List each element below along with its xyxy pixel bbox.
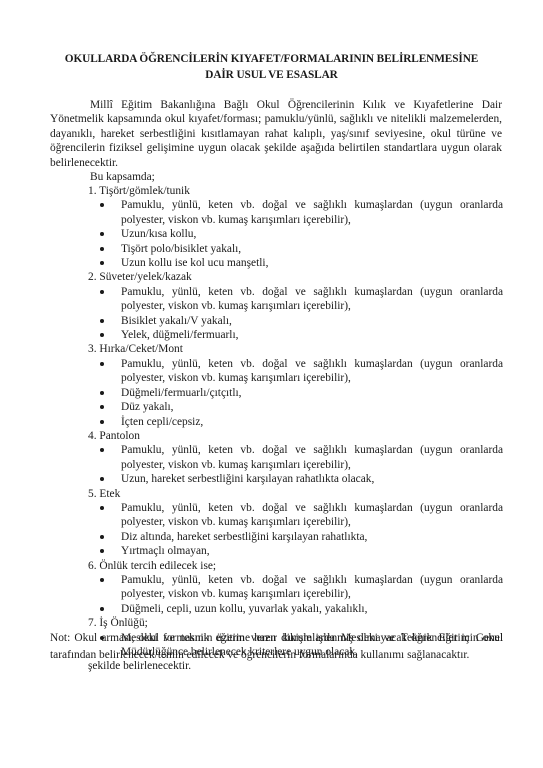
section-heading: 6. Önlük tercih edilecek ise; [88, 559, 503, 573]
list-item: Düğmeli/fermuarlı/çıtçıtlı, [121, 386, 503, 400]
list-item: Uzun, hareket serbestliğini karşılayan r… [121, 472, 503, 486]
section: 2. Süveter/yelek/kazakPamuklu, yünlü, ke… [88, 270, 503, 342]
title-line-2: DAİR USUL VE ESASLAR [40, 67, 503, 83]
list-item: Tişört polo/bisiklet yakalı, [121, 242, 503, 256]
clothing-sections: 1. Tişört/gömlek/tunikPamuklu, yünlü, ke… [88, 184, 503, 674]
section: 4. PantolonPamuklu, yünlü, keten vb. doğ… [88, 429, 503, 487]
section-heading: 7. İş Önlüğü; [88, 616, 503, 630]
list-item: Yelek, düğmeli/fermuarlı, [121, 328, 503, 342]
section-heading: 4. Pantolon [88, 429, 503, 443]
document-title: OKULLARDA ÖĞRENCİLERİN KIYAFET/FORMALARI… [40, 51, 503, 83]
section: 5. EtekPamuklu, yünlü, keten vb. doğal v… [88, 487, 503, 559]
bullet-list: Pamuklu, yünlü, keten vb. doğal ve sağlı… [88, 573, 503, 616]
title-line-1: OKULLARDA ÖĞRENCİLERİN KIYAFET/FORMALARI… [40, 51, 503, 67]
list-item: Pamuklu, yünlü, keten vb. doğal ve sağlı… [121, 501, 503, 530]
intro-paragraph: Millî Eğitim Bakanlığına Bağlı Okul Öğre… [50, 98, 502, 170]
list-item: Pamuklu, yünlü, keten vb. doğal ve sağlı… [121, 443, 503, 472]
list-item: Yırtmaçlı olmayan, [121, 544, 503, 558]
note-paragraph: Not: Okul arması, okul formasının üzerin… [50, 630, 503, 664]
section: 6. Önlük tercih edilecek ise;Pamuklu, yü… [88, 559, 503, 617]
list-item: Pamuklu, yünlü, keten vb. doğal ve sağlı… [121, 357, 503, 386]
list-item: Diz altında, hareket serbestliğini karşı… [121, 530, 503, 544]
bullet-list: Pamuklu, yünlü, keten vb. doğal ve sağlı… [88, 357, 503, 429]
section-heading: 1. Tişört/gömlek/tunik [88, 184, 503, 198]
list-item: Uzun kollu ise kol ucu manşetli, [121, 256, 503, 270]
list-item: Uzun/kısa kollu, [121, 227, 503, 241]
list-item: İçten cepli/cepsiz, [121, 415, 503, 429]
bullet-list: Pamuklu, yünlü, keten vb. doğal ve sağlı… [88, 285, 503, 343]
list-item: Pamuklu, yünlü, keten vb. doğal ve sağlı… [121, 573, 503, 602]
list-item: Düğmeli, cepli, uzun kollu, yuvarlak yak… [121, 602, 503, 616]
document-page: OKULLARDA ÖĞRENCİLERİN KIYAFET/FORMALARI… [0, 0, 543, 768]
bullet-list: Pamuklu, yünlü, keten vb. doğal ve sağlı… [88, 443, 503, 486]
section-heading: 3. Hırka/Ceket/Mont [88, 342, 503, 356]
section: 3. Hırka/Ceket/MontPamuklu, yünlü, keten… [88, 342, 503, 428]
bullet-list: Pamuklu, yünlü, keten vb. doğal ve sağlı… [88, 198, 503, 270]
list-item: Pamuklu, yünlü, keten vb. doğal ve sağlı… [121, 285, 503, 314]
section-heading: 2. Süveter/yelek/kazak [88, 270, 503, 284]
section-heading: 5. Etek [88, 487, 503, 501]
list-item: Bisiklet yakalı/V yakalı, [121, 314, 503, 328]
list-item: Pamuklu, yünlü, keten vb. doğal ve sağlı… [121, 198, 503, 227]
lead-text: Bu kapsamda; [90, 170, 155, 184]
list-item: Düz yakalı, [121, 400, 503, 414]
section: 1. Tişört/gömlek/tunikPamuklu, yünlü, ke… [88, 184, 503, 270]
bullet-list: Pamuklu, yünlü, keten vb. doğal ve sağlı… [88, 501, 503, 559]
